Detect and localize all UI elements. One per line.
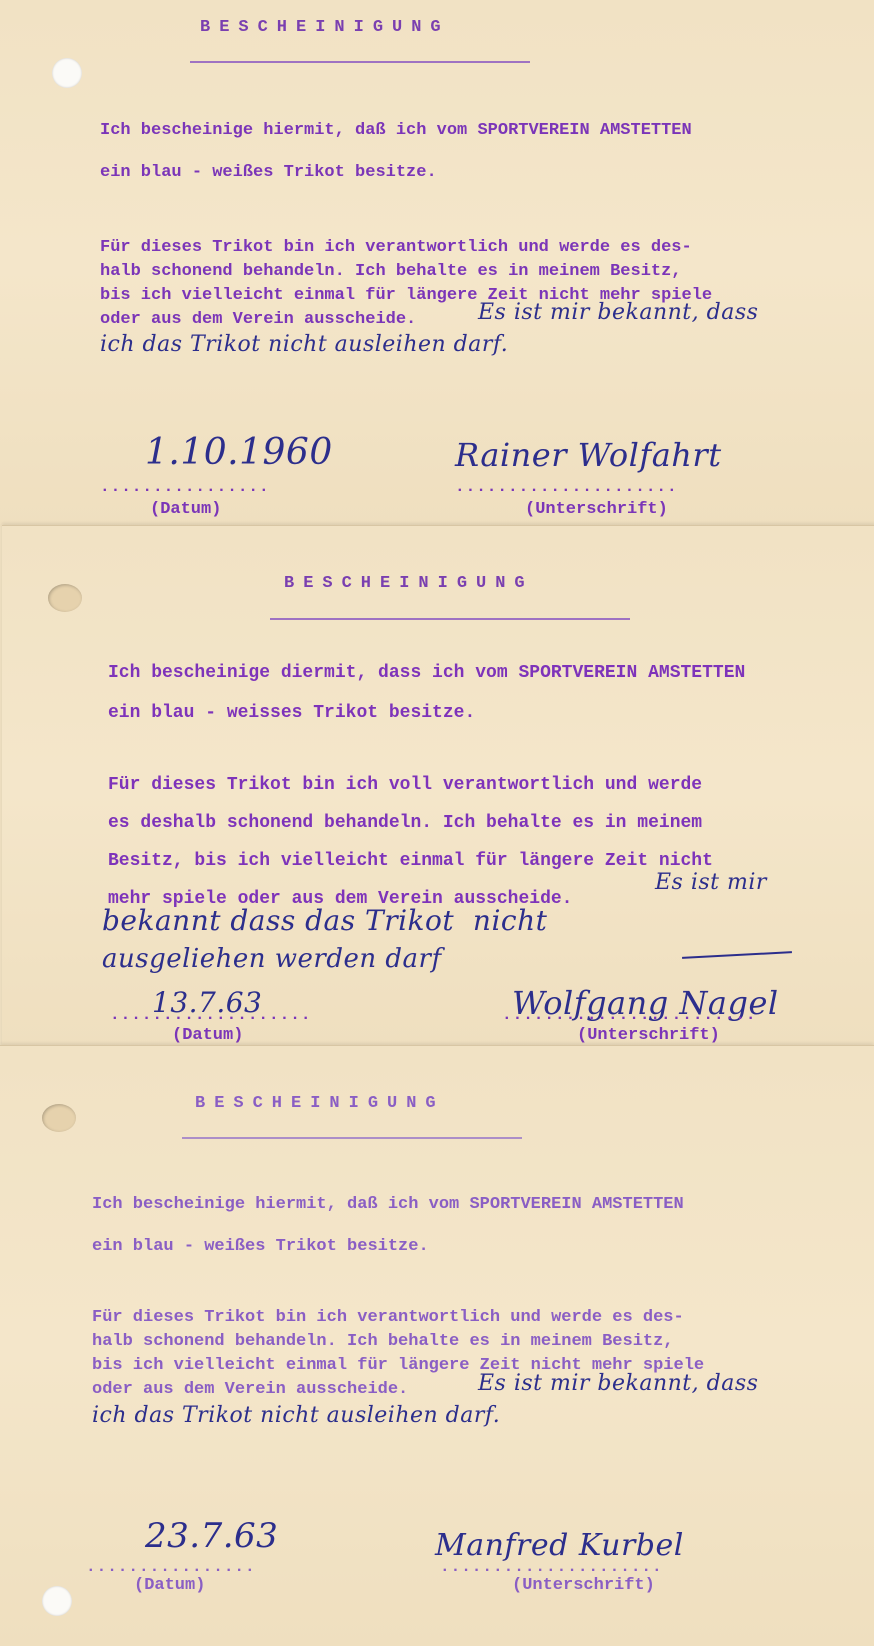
- certificate-title: BESCHEINIGUNG: [195, 1094, 445, 1113]
- text-line: ein blau - weisses Trikot besitze.: [108, 703, 475, 723]
- handwritten-note-line: ich das Trikot nicht ausleihen darf.: [100, 332, 508, 357]
- signature-dotted-line: .....................: [455, 478, 678, 496]
- text-line: halb schonend behandeln. Ich behalte es …: [92, 1332, 674, 1351]
- date-label: (Datum): [134, 1576, 205, 1595]
- handwritten-note-line: Es ist mir bekannt, dass: [478, 300, 758, 325]
- date-label: (Datum): [172, 1026, 243, 1045]
- text-line: ein blau - weißes Trikot besitze.: [92, 1237, 429, 1256]
- signature-label: (Unterschrift): [577, 1026, 720, 1045]
- text-line: es deshalb schonend behandeln. Ich behal…: [108, 813, 702, 833]
- text-line: ein blau - weißes Trikot besitze.: [100, 163, 437, 182]
- handwritten-note-line: ausgeliehen werden darf: [102, 944, 442, 974]
- handwritten-underline: [682, 951, 792, 959]
- text-line: Ich bescheinige diermit, dass ich vom SP…: [108, 663, 745, 683]
- text-line: Besitz, bis ich vielleicht einmal für lä…: [108, 851, 713, 871]
- text-line: oder aus dem Verein ausscheide.: [92, 1380, 408, 1399]
- certificate-card-3: BESCHEINIGUNG Ich bescheinige hiermit, d…: [0, 1045, 874, 1646]
- certificate-title: BESCHEINIGUNG: [284, 574, 534, 593]
- signature-label: (Unterschrift): [525, 500, 668, 519]
- date-handwritten: 23.7.63: [145, 1516, 278, 1556]
- title-underline: [190, 61, 530, 63]
- title-underline: [182, 1137, 522, 1139]
- date-dotted-line: ................: [86, 1558, 256, 1576]
- date-dotted-line: ...................: [110, 1006, 311, 1024]
- punch-hole-dent: [42, 1104, 76, 1132]
- text-line: oder aus dem Verein ausscheide.: [100, 310, 416, 329]
- statement-paragraph: Ich bescheinige hiermit, daß ich vom SPO…: [100, 110, 692, 194]
- signature-handwritten: Rainer Wolfahrt: [455, 436, 722, 474]
- handwritten-note-line: ich das Trikot nicht ausleihen darf.: [92, 1403, 500, 1428]
- signature-dotted-line: .....................: [440, 1558, 663, 1576]
- signature-dotted-line: ........................: [502, 1006, 756, 1024]
- date-handwritten: 1.10.1960: [145, 432, 333, 473]
- certificate-card-2: BESCHEINIGUNG Ich bescheinige diermit, d…: [2, 525, 874, 1046]
- statement-paragraph: Ich bescheinige hiermit, daß ich vom SPO…: [92, 1184, 684, 1268]
- text-line: Für dieses Trikot bin ich verantwortlich…: [100, 238, 692, 257]
- punch-hole: [42, 1586, 72, 1616]
- signature-label: (Unterschrift): [512, 1576, 655, 1595]
- text-line: Ich bescheinige hiermit, daß ich vom SPO…: [92, 1195, 684, 1214]
- title-underline: [270, 618, 630, 620]
- statement-paragraph: Ich bescheinige diermit, dass ich vom SP…: [108, 653, 745, 733]
- text-line: Für dieses Trikot bin ich voll verantwor…: [108, 775, 702, 795]
- responsibility-paragraph: Für dieses Trikot bin ich voll verantwor…: [108, 766, 713, 918]
- certificate-title: BESCHEINIGUNG: [200, 18, 450, 37]
- punch-hole-dent: [48, 584, 82, 612]
- handwritten-note-line: Es ist mir: [655, 870, 767, 895]
- handwritten-note-line: bekannt dass das Trikot nicht: [102, 904, 547, 937]
- date-dotted-line: ................: [100, 478, 270, 496]
- text-line: Für dieses Trikot bin ich verantwortlich…: [92, 1308, 684, 1327]
- certificate-card-1: BESCHEINIGUNG Ich bescheinige hiermit, d…: [0, 0, 874, 527]
- text-line: halb schonend behandeln. Ich behalte es …: [100, 262, 682, 281]
- handwritten-note-line: Es ist mir bekannt, dass: [478, 1371, 758, 1396]
- punch-hole: [52, 58, 82, 88]
- text-line: Ich bescheinige hiermit, daß ich vom SPO…: [100, 121, 692, 140]
- date-label: (Datum): [150, 500, 221, 519]
